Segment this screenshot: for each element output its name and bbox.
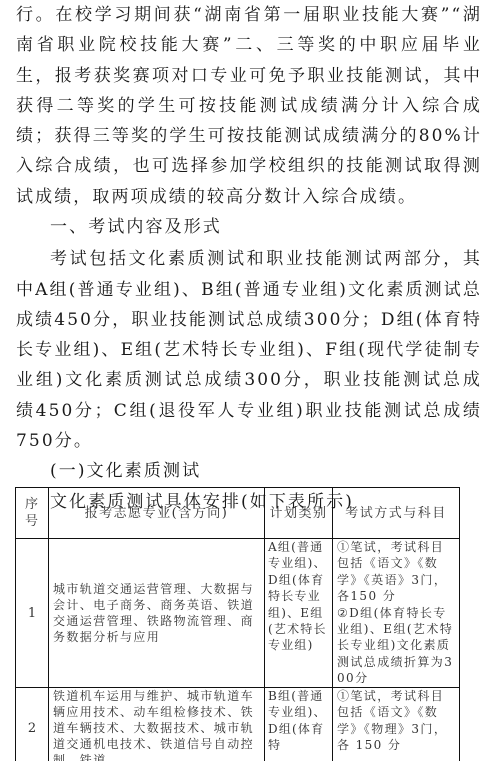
header-plan-type: 计划类别 <box>265 488 333 539</box>
row-exam-method: ①笔试，考试科目包括《语文》《数学》《物理》3门，各 150 分 <box>333 688 460 761</box>
paragraph-award-exemption: 行。在校学习期间获“湖南省第一届职业技能大赛”“湖南省职业院校技能大赛”二、三等… <box>16 0 482 212</box>
row-plan-type: B组(普通专业组)、D组(体育特 <box>265 688 333 761</box>
row-seq: 2 <box>16 688 49 761</box>
exam-item-written: ①笔试，考试科目包括《语文》《数学》《物理》3门，各 150 分 <box>337 688 455 754</box>
row-major: 城市轨道交通运营管理、大数据与会计、电子商务、商务英语、铁道交通运营管理、铁路物… <box>49 539 265 688</box>
header-major: 报考志愿专业(含方向) <box>49 488 265 539</box>
table-header-row: 序号 报考志愿专业(含方向) 计划类别 考试方式与科目 <box>16 488 460 539</box>
row-plan-type: A组(普通专业组)、D组(体育特长专业组)、E组(艺术特长专业组) <box>265 539 333 688</box>
exam-item-conversion: ②D组(体育特长专业组)、E组(艺术特长专业组)文化素质测试总成绩折算为300分 <box>337 605 455 687</box>
header-exam-method: 考试方式与科目 <box>333 488 460 539</box>
table-row: 2 铁道机车运用与维护、城市轨道车辆应用技术、动车组检修技术、铁道车辆技术、大数… <box>16 688 460 761</box>
header-seq: 序号 <box>16 488 49 539</box>
cultural-test-arrangement-table: 序号 报考志愿专业(含方向) 计划类别 考试方式与科目 1 城市轨道交通运营管理… <box>15 487 460 761</box>
paragraph-exam-composition: 考试包括文化素质测试和职业技能测试两部分，其中A组(普通专业组)、B组(普通专业… <box>16 244 482 456</box>
table-row: 1 城市轨道交通运营管理、大数据与会计、电子商务、商务英语、铁道交通运营管理、铁… <box>16 539 460 688</box>
row-seq: 1 <box>16 539 49 688</box>
row-major: 铁道机车运用与维护、城市轨道车辆应用技术、动车组检修技术、铁道车辆技术、大数据技… <box>49 688 265 761</box>
exam-item-written: ①笔试，考试科目包括《语文》《数学》《英语》3门，各150 分 <box>337 539 455 605</box>
header-seq-label: 序号 <box>25 496 39 530</box>
row-exam-method: ①笔试，考试科目包括《语文》《数学》《英语》3门，各150 分 ②D组(体育特长… <box>333 539 460 688</box>
section-heading-exam-content: 一、考试内容及形式 <box>16 212 482 242</box>
subsection-heading-cultural-test: (一)文化素质测试 <box>16 456 482 486</box>
document-page: 行。在校学习期间获“湖南省第一届职业技能大赛”“湖南省职业院校技能大赛”二、三等… <box>16 0 482 517</box>
